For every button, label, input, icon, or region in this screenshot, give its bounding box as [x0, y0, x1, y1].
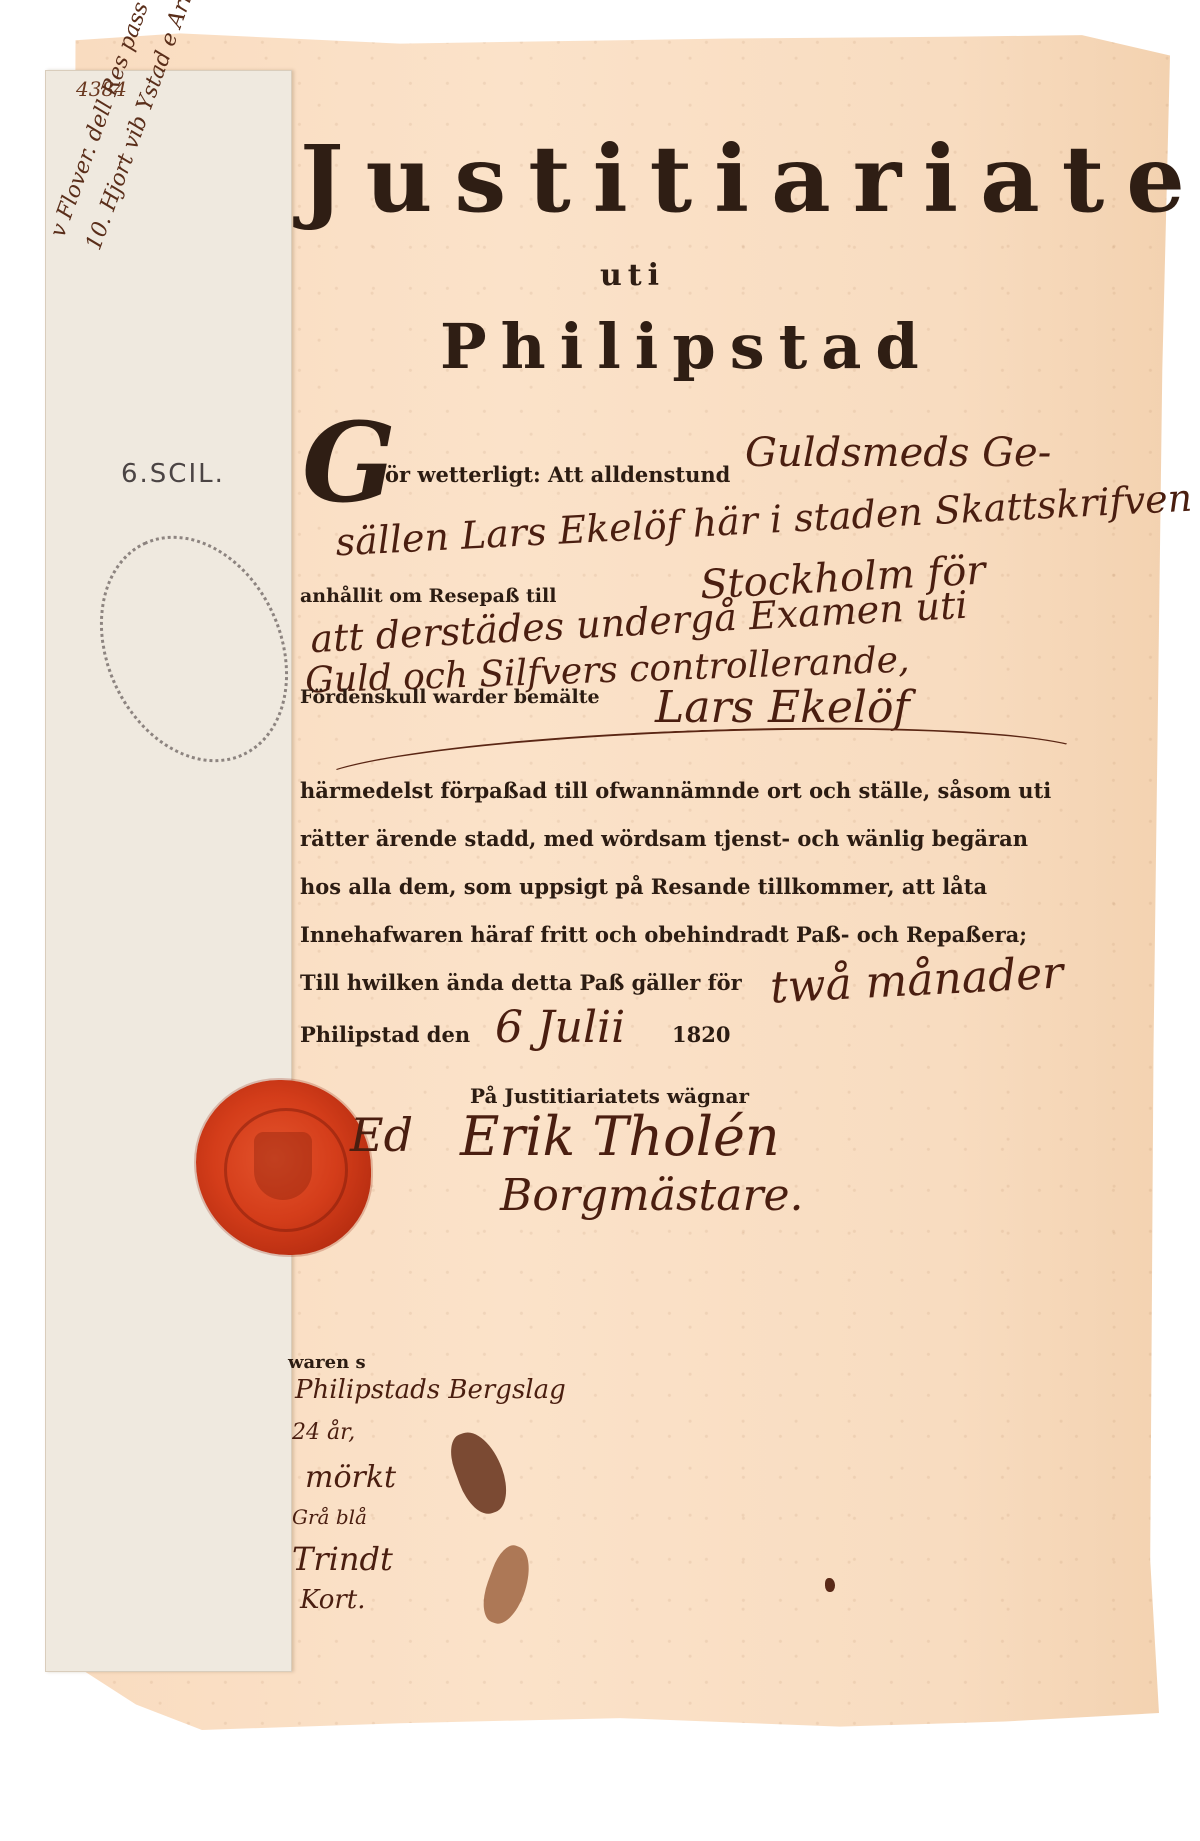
description-line-1: Philipstads Bergslag: [295, 1375, 566, 1405]
description-line-3: mörkt: [305, 1460, 396, 1495]
paragraph-line-2: rätter ärende stadd, med wördsam tjenst-…: [300, 826, 1028, 851]
printed-line-3: anhållit om Resepaß till: [300, 585, 556, 607]
heading-uti: uti: [600, 258, 665, 293]
description-line-6: Kort.: [300, 1585, 366, 1615]
heading-place: Philipstad: [440, 310, 933, 383]
drop-cap-initial: G: [302, 408, 392, 518]
signature-prefix: Ed: [350, 1108, 413, 1162]
archive-side-strip: 4384 6.SCIL.: [45, 70, 292, 1672]
printed-line-1: ör wetterligt: Att alldenstund: [385, 462, 730, 487]
document-heading: Justitiariatet: [300, 125, 1060, 233]
paragraph-line-1: härmedelst förpaßad till ofwannämnde ort…: [300, 778, 1051, 803]
paragraph-line-5: Till hwilken ända detta Paß gäller för: [300, 970, 742, 995]
signer-signature: Erik Tholén: [460, 1105, 780, 1168]
postage-stamp-text: 6.SCIL.: [121, 459, 225, 489]
paragraph-line-4: Innehafwaren häraf fritt och obehindradt…: [300, 922, 1027, 947]
handwritten-line-1: Guldsmeds Ge-: [745, 430, 1051, 476]
paragraph-line-3: hos alla dem, som uppsigt på Resande til…: [300, 874, 987, 899]
handwritten-name: Lars Ekelöf: [655, 682, 910, 733]
description-line-2: 24 år,: [292, 1420, 355, 1445]
description-printed-fragment: waren s: [288, 1352, 366, 1373]
description-line-4: Grå blå: [292, 1505, 367, 1529]
postmark-oval-icon: [64, 505, 323, 793]
description-line-5: Trindt: [292, 1540, 393, 1578]
printed-line-6: Fördenskull warder bemälte: [300, 686, 600, 708]
date-year: 1820: [672, 1022, 730, 1047]
signer-title: Borgmästare.: [500, 1170, 804, 1221]
date-prefix: Philipstad den: [300, 1022, 470, 1047]
handwritten-date: 6 Julii: [495, 1002, 625, 1053]
ink-dot-icon: [825, 1578, 835, 1592]
